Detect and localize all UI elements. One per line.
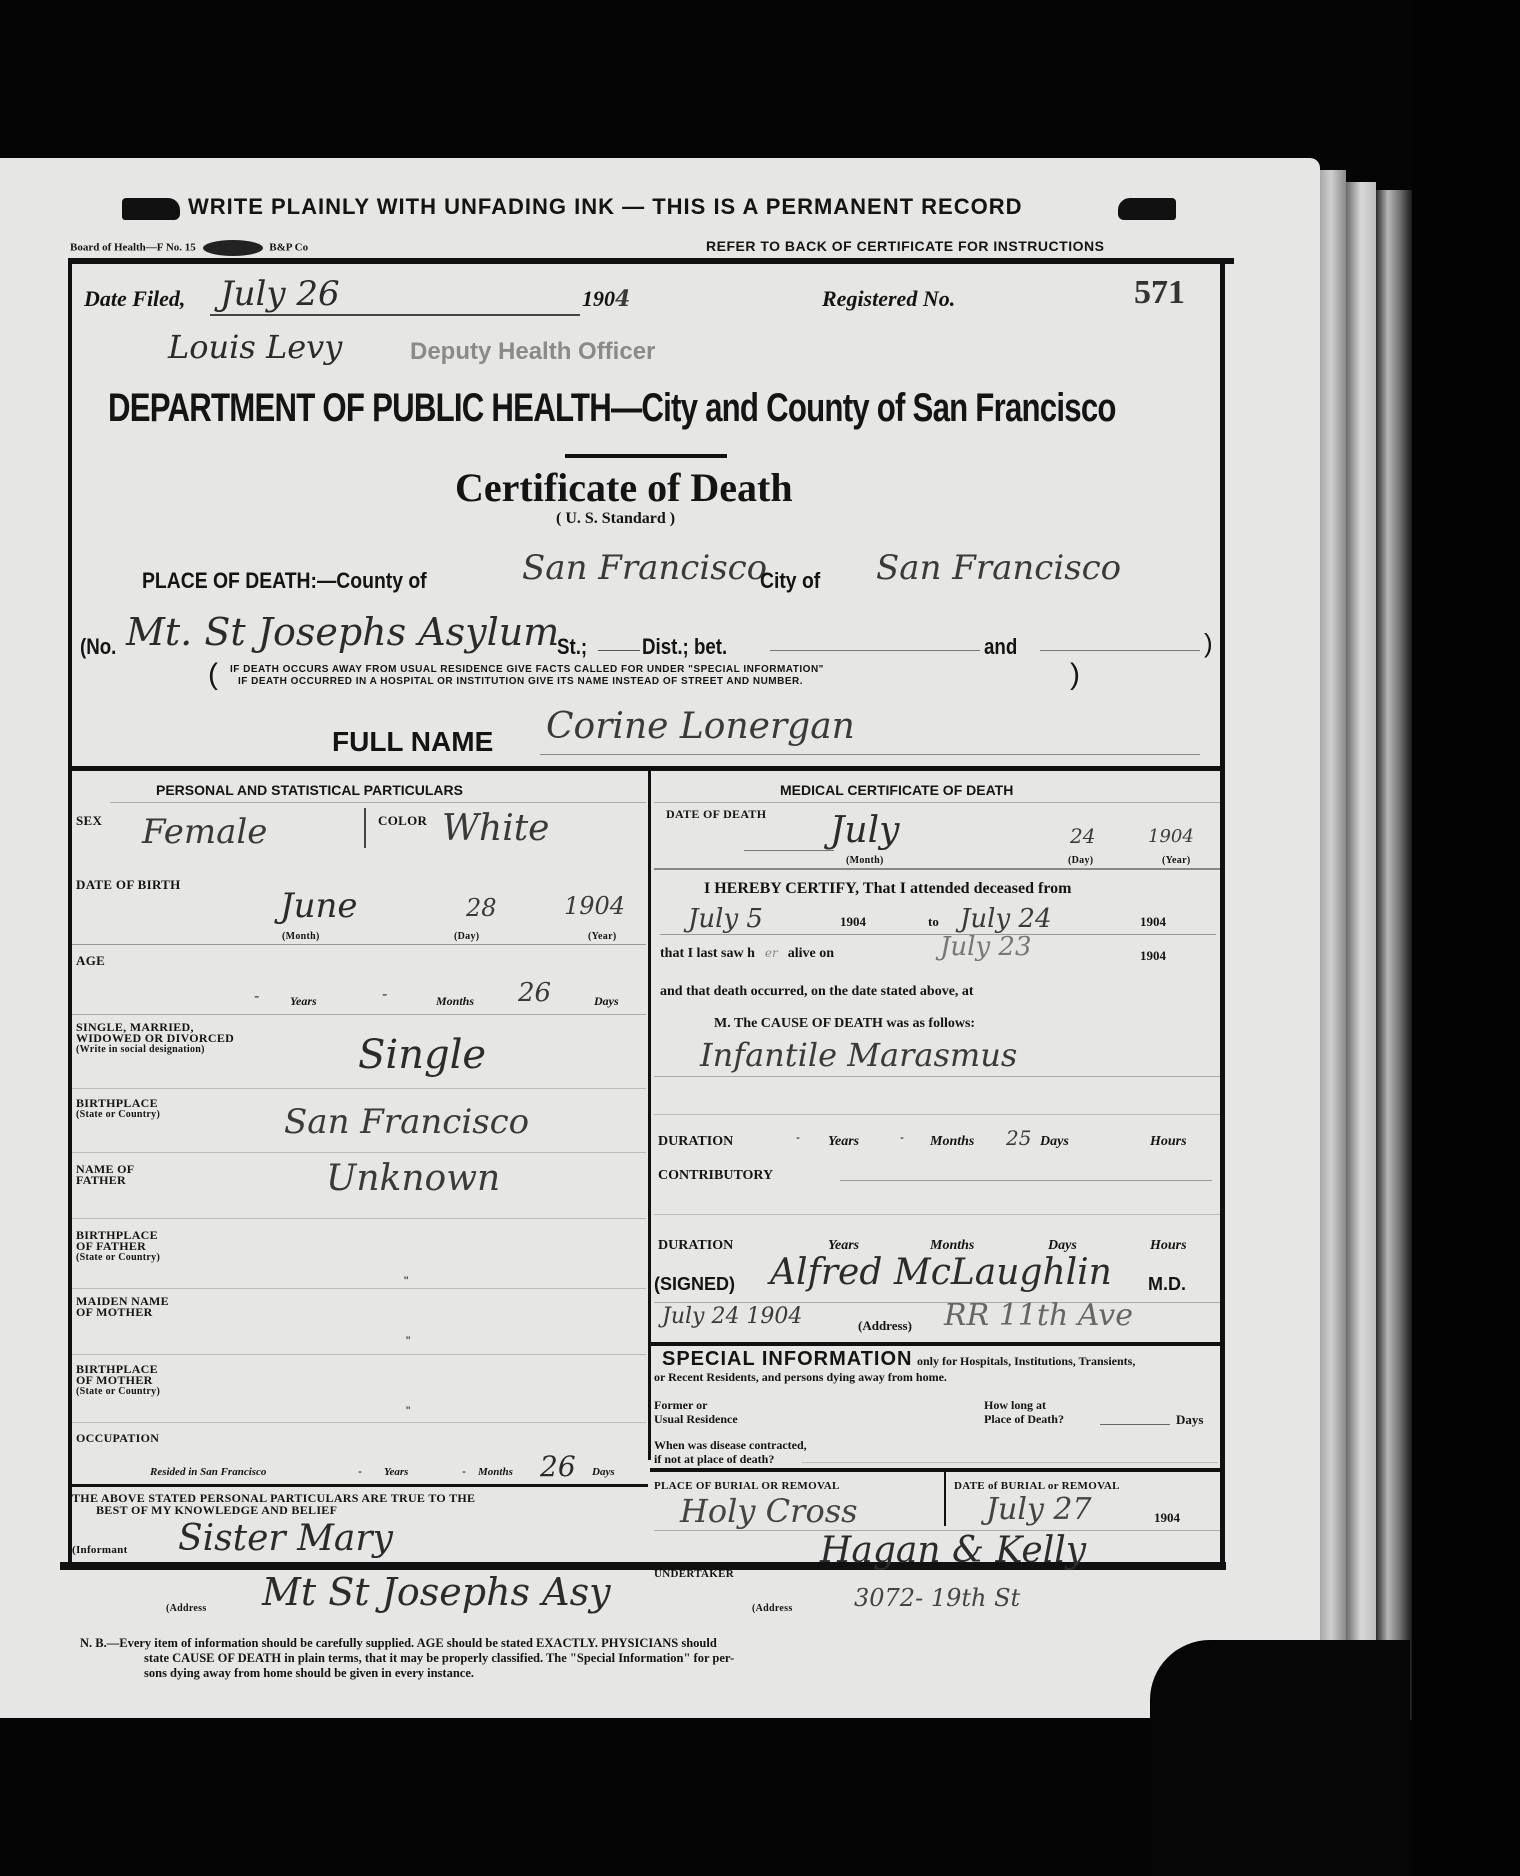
warning-banner: WRITE PLAINLY WITH UNFADING INK — THIS I… [188, 194, 1023, 220]
duration-months[interactable]: - [900, 1130, 904, 1144]
how-long-label-line: Place of Death? [984, 1412, 1064, 1426]
district-label: Dist.; bet. [642, 634, 727, 660]
undertaker-address[interactable]: 3072- 19th St [854, 1584, 1020, 1612]
duration-label: DURATION [658, 1134, 733, 1150]
day-caption: (Day) [454, 930, 479, 943]
printer-form-number: Board of Health—F No. 15 [70, 242, 196, 254]
father-label-line: FATHER [76, 1175, 134, 1186]
right-dark-margin [1412, 0, 1520, 1876]
resided-years[interactable]: - [358, 1464, 362, 1478]
page-stack-edge [1316, 170, 1346, 1730]
rule [72, 1354, 646, 1355]
resided-months-label: Months [478, 1466, 513, 1478]
full-name-label: FULL NAME [332, 726, 493, 758]
former-residence-label-line: Usual Residence [654, 1412, 738, 1426]
footnote-line-1: N. B.—Every item of information should b… [80, 1636, 734, 1651]
physician-address[interactable]: RR 11th Ave [944, 1298, 1133, 1333]
rule [660, 934, 1216, 935]
duration2-hours-label: Hours [1150, 1238, 1187, 1254]
age-years[interactable]: - [254, 986, 259, 1005]
physician-address-label: (Address) [858, 1318, 912, 1334]
officer-title: Deputy Health Officer [410, 338, 655, 366]
rule [654, 1214, 1220, 1215]
mother-label: MAIDEN NAME OF MOTHER [76, 1296, 169, 1318]
birthplace-value[interactable]: San Francisco [284, 1102, 529, 1142]
sex-value[interactable]: Female [142, 812, 267, 852]
age-years-label: Years [290, 994, 317, 1009]
marital-label-line: (Write in social designation) [76, 1044, 234, 1055]
close-paren: ) [1204, 628, 1213, 659]
date-filed-label: Date Filed, [84, 286, 185, 312]
attest-divider [70, 1484, 648, 1487]
rule [72, 1288, 646, 1289]
seal-icon [203, 240, 263, 256]
rule [72, 1152, 646, 1153]
title-rule [565, 454, 727, 458]
informant-label: (Informant [72, 1544, 128, 1557]
attended-to[interactable]: July 24 [960, 904, 1052, 934]
registered-number: 571 [1134, 274, 1185, 312]
column-divider [648, 768, 651, 1460]
duration-years-label: Years [828, 1134, 859, 1150]
dod-label: DATE OF DEATH [666, 808, 766, 821]
date-filed-value[interactable]: July 26 [220, 274, 340, 314]
father-birthplace-label: BIRTHPLACE OF FATHER (State or Country) [76, 1230, 160, 1263]
rule [72, 1014, 646, 1015]
informant-address-label: (Address [166, 1602, 207, 1615]
full-name-rule [540, 754, 1200, 755]
sex-color-divider [364, 808, 366, 848]
certify-text: I HEREBY CERTIFY, That I attended deceas… [704, 880, 1071, 898]
corner-shadow [1150, 1640, 1410, 1876]
mother-birthplace-label-line: (State or Country) [76, 1386, 160, 1397]
mother-birthplace-label-line: OF MOTHER [76, 1375, 160, 1386]
attended-from[interactable]: July 5 [688, 904, 763, 934]
undertaker-value[interactable]: Hagan & Kelly [820, 1530, 1086, 1571]
dob-year[interactable]: 1904 [564, 892, 625, 920]
pointing-hand-icon [122, 198, 180, 220]
last-saw-year[interactable]: 1904 [1140, 948, 1166, 964]
county-value[interactable]: San Francisco [522, 548, 767, 588]
duration2-label: DURATION [658, 1238, 733, 1254]
mother-label-line: OF MOTHER [76, 1307, 169, 1318]
duration-days[interactable]: 25 [1006, 1126, 1031, 1150]
frame-left [68, 258, 72, 1568]
age-months[interactable]: - [382, 984, 387, 1003]
duration-months-label: Months [930, 1134, 974, 1150]
dod-year-caption: (Year) [1162, 854, 1190, 867]
birthplace-label-line: (State or Country) [76, 1109, 160, 1120]
mother-value[interactable]: " [406, 1334, 410, 1348]
attest-line-2: BEST OF MY KNOWLEDGE AND BELIEF [96, 1504, 337, 1517]
age-days-label: Days [594, 994, 619, 1009]
last-saw-pronoun[interactable]: er [765, 946, 778, 960]
father-birthplace-label-line: (State or Country) [76, 1252, 160, 1263]
occurred-text: and that death occurred, on the date sta… [660, 984, 974, 1000]
last-saw-text-a: that I last saw h [660, 946, 755, 961]
duration-hours-label: Hours [1150, 1134, 1187, 1150]
instructions-note: REFER TO BACK OF CERTIFICATE FOR INSTRUC… [706, 238, 1104, 254]
rule [654, 802, 1220, 803]
age-months-label: Months [436, 994, 474, 1009]
special-heading: SPECIAL INFORMATION only for Hospitals, … [662, 1348, 1135, 1371]
informant-value[interactable]: Sister Mary [178, 1518, 393, 1559]
undertaker-address-label: (Address [752, 1602, 793, 1615]
marital-value[interactable]: Single [358, 1032, 486, 1078]
attended-from-year[interactable]: 1904 [840, 914, 866, 930]
rule [744, 850, 834, 851]
burial-divider [650, 1468, 1220, 1472]
page-stack-edge [1346, 182, 1376, 1742]
district-rule [770, 650, 980, 651]
resided-days[interactable]: 26 [540, 1450, 576, 1483]
birthplace-label: BIRTHPLACE (State or Country) [76, 1098, 160, 1120]
frame-right [1220, 258, 1225, 1568]
city-value[interactable]: San Francisco [876, 548, 1121, 588]
footnote: N. B.—Every item of information should b… [80, 1636, 734, 1681]
dod-month[interactable]: July [830, 810, 899, 851]
father-birthplace-value[interactable]: " [404, 1274, 408, 1288]
dod-day[interactable]: 24 [1070, 824, 1095, 848]
and-label: and [984, 634, 1017, 660]
special-heading-sub: only for Hospitals, Institutions, Transi… [917, 1354, 1135, 1368]
personal-heading: PERSONAL AND STATISTICAL PARTICULARS [156, 782, 463, 798]
officer-signature: Louis Levy [168, 328, 342, 366]
age-label: AGE [76, 954, 105, 967]
contracted-rule [802, 1462, 1218, 1463]
dod-month-caption: (Month) [846, 854, 884, 867]
burial-place[interactable]: Holy Cross [680, 1492, 858, 1530]
resided-years-label: Years [384, 1466, 408, 1478]
full-name-value[interactable]: Corine Lonergan [546, 706, 855, 747]
footnote-line-3: sons dying away from home should be give… [80, 1666, 734, 1681]
printer-line: Board of Health—F No. 15 B&P Co [70, 240, 308, 256]
attended-to-year[interactable]: 1904 [1140, 914, 1166, 930]
frame-top [68, 258, 1234, 264]
special-heading-line2: or Recent Residents, and persons dying a… [654, 1370, 947, 1385]
how-long-days-label: Days [1176, 1412, 1203, 1428]
rule [654, 1114, 1220, 1115]
registered-label: Registered No. [822, 286, 955, 312]
rule [110, 802, 646, 803]
contributory-rule [840, 1180, 1212, 1181]
year-caption: (Year) [588, 930, 616, 943]
rule [72, 1088, 646, 1089]
section-divider [68, 766, 1224, 771]
last-saw-date[interactable]: July 23 [940, 932, 1032, 962]
attended-to-label: to [928, 914, 939, 930]
place-note-line-2: IF DEATH OCCURRED IN A HOSPITAL OR INSTI… [238, 676, 803, 687]
rule [654, 868, 1220, 870]
resided-days-label: Days [592, 1466, 615, 1478]
how-long-label: How long at Place of Death? [984, 1398, 1064, 1426]
signed-date[interactable]: July 24 1904 [662, 1304, 802, 1329]
rule [654, 1076, 1220, 1077]
contracted-label: When was disease contracted, if not at p… [654, 1438, 807, 1466]
and-rule [1040, 650, 1200, 651]
color-value[interactable]: White [442, 808, 549, 849]
certificate-title: Certificate of Death [455, 464, 793, 511]
us-standard-label: ( U. S. Standard ) [556, 510, 675, 528]
occupation-label: OCCUPATION [76, 1432, 159, 1445]
marital-label: SINGLE, MARRIED, WIDOWED OR DIVORCED (Wr… [76, 1022, 234, 1055]
special-divider [650, 1342, 1220, 1346]
dob-day[interactable]: 28 [466, 894, 497, 922]
certificate-page: WRITE PLAINLY WITH UNFADING INK — THIS I… [0, 158, 1320, 1718]
burial-column-divider [944, 1470, 946, 1526]
special-heading-main: SPECIAL INFORMATION [662, 1348, 912, 1370]
date-filed-underline [210, 314, 580, 316]
signed-label: (SIGNED) [654, 1274, 735, 1295]
rule [72, 1422, 646, 1423]
how-long-rule [1100, 1424, 1170, 1425]
resided-months[interactable]: - [462, 1464, 466, 1478]
md-label: M.D. [1148, 1274, 1186, 1295]
father-birthplace-label-line: OF FATHER [76, 1241, 160, 1252]
birthplace-label-line: BIRTHPLACE [76, 1098, 160, 1109]
city-label: City of [760, 568, 820, 594]
duration-days-label: Days [1040, 1134, 1069, 1150]
burial-year[interactable]: 1904 [1154, 1510, 1180, 1526]
medical-heading: MEDICAL CERTIFICATE OF DEATH [780, 782, 1013, 798]
former-residence-label: Former or Usual Residence [654, 1398, 738, 1426]
resided-label: Resided in San Francisco [150, 1466, 266, 1478]
rule [654, 1302, 1220, 1303]
color-label: COLOR [378, 814, 427, 827]
mother-birthplace-value[interactable]: " [406, 1404, 410, 1418]
department-title: DEPARTMENT OF PUBLIC HEALTH—City and Cou… [108, 386, 1116, 431]
sex-label: SEX [76, 814, 102, 827]
dob-label: DATE OF BIRTH [76, 878, 181, 891]
informant-address[interactable]: Mt St Josephs Asy [262, 1570, 611, 1614]
page-stack-edge [1376, 190, 1412, 1750]
footnote-line-2: state CAUSE OF DEATH in plain terms, tha… [80, 1651, 734, 1666]
cause-of-death[interactable]: Infantile Marasmus [700, 1036, 1017, 1074]
place-note-line-1: IF DEATH OCCURS AWAY FROM USUAL RESIDENC… [230, 664, 824, 675]
street-no-label: (No. [80, 634, 116, 660]
father-label: NAME OF FATHER [76, 1164, 134, 1186]
dob-month[interactable]: June [280, 886, 358, 926]
last-saw-text: that I last saw heralive on [660, 946, 834, 962]
printer-company: B&P Co [269, 242, 308, 254]
contracted-label-line: When was disease contracted, [654, 1438, 807, 1452]
dod-day-caption: (Day) [1068, 854, 1093, 867]
street-label: St.; [557, 634, 587, 660]
rule [72, 944, 646, 945]
how-long-label-line: How long at [984, 1398, 1064, 1412]
dod-year[interactable]: 1904 [1148, 826, 1194, 847]
pointing-hand-icon [1118, 198, 1176, 220]
street-rule [598, 650, 640, 651]
rule [72, 1218, 646, 1219]
last-saw-text-b: alive on [788, 946, 834, 961]
month-caption: (Month) [282, 930, 320, 943]
place-of-death-label: PLACE OF DEATH:—County of [142, 568, 427, 594]
former-residence-label-line: Former or [654, 1398, 738, 1412]
contracted-label-line: if not at place of death? [654, 1452, 807, 1466]
duration-years[interactable]: - [796, 1130, 800, 1144]
physician-signature[interactable]: Alfred McLaughlin [770, 1252, 1112, 1293]
undertaker-label: UNDERTAKER [654, 1568, 734, 1581]
cause-intro: M. The CAUSE OF DEATH was as follows: [714, 1016, 975, 1032]
father-value[interactable]: Unknown [326, 1158, 500, 1199]
age-days[interactable]: 26 [518, 978, 551, 1008]
burial-date[interactable]: July 27 [986, 1492, 1092, 1527]
date-filed-year: 1904 [582, 286, 630, 312]
street-value[interactable]: Mt. St Josephs Asylum [126, 610, 559, 654]
marital-label-line: WIDOWED OR DIVORCED [76, 1033, 234, 1044]
contributory-label: CONTRIBUTORY [658, 1168, 773, 1184]
mother-birthplace-label: BIRTHPLACE OF MOTHER (State or Country) [76, 1364, 160, 1397]
